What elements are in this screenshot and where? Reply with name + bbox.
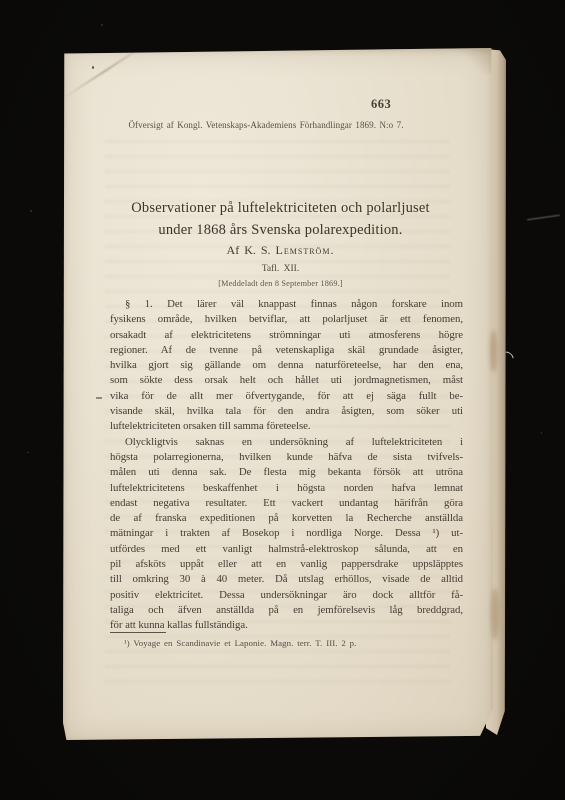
body-line: endast negativa resultater. Ett vackert … — [110, 496, 463, 511]
paper-page: 663 Öfversigt af Kongl. Vetenskaps-Akade… — [63, 48, 493, 740]
page-number: 663 — [371, 97, 405, 112]
body-line: visande skäl, hvilka tala för den andra … — [110, 404, 463, 419]
article-title-line-1: Observationer på luftelektriciteten och … — [103, 197, 458, 219]
body-line: positiv elektricitet. Dessa undersökning… — [110, 588, 463, 603]
author-name: Lemström. — [276, 243, 335, 257]
body-line: utfördes med ett vanligt halmstrå-elektr… — [110, 542, 463, 557]
body-line: luftelektricitetens beskaffenhet i högst… — [110, 481, 463, 496]
body-line: vika för de allt mer öfvertygande, för a… — [110, 389, 463, 404]
background-scratch — [527, 215, 560, 221]
body-line: § 1. Det lärer väl knappast finnas någon… — [110, 297, 463, 312]
article-title: Observationer på luftelektriciteten och … — [103, 197, 458, 241]
byline-prefix: Af K. S. — [227, 243, 276, 257]
dust-speck — [30, 210, 32, 212]
body-line: fysikens område, hvilken betviflar, att … — [110, 312, 463, 327]
body-line: Olyckligtvis saknas en undersökning af l… — [110, 435, 463, 450]
body-line: mätningar i trakten af Bosekop i nordlig… — [110, 526, 463, 541]
paper-crease — [63, 43, 148, 99]
body-line: pil afsköts uppåt eller att en vanlig pa… — [110, 557, 463, 572]
body-line: målen uti denna sak. De flesta mig bekan… — [110, 465, 463, 480]
body-line: som sökte dess orsak helt och hållet uti… — [110, 373, 463, 388]
body-line: hvilka gjort sig gällande om denna natur… — [110, 358, 463, 373]
body-line: högsta polarregionerna, hvilken kunde hä… — [110, 450, 463, 465]
body-line: de af franska expeditionen på korvetten … — [110, 511, 463, 526]
corner-fold-shadow — [459, 48, 493, 74]
dust-speck — [101, 24, 103, 26]
footnote: ¹) Voyage en Scandinavie et Laponie. Mag… — [124, 638, 454, 648]
running-header: Öfversigt af Kongl. Vetenskaps-Akademien… — [101, 120, 431, 130]
ink-speck — [92, 66, 94, 69]
dust-speck — [27, 452, 29, 453]
body-line: regioner. Af de tvenne på vetenskapliga … — [110, 343, 463, 358]
article-title-line-2: under 1868 års Svenska polarexpedition. — [103, 219, 458, 241]
body-line: till omkring 30 à 40 meter. Då utslag er… — [110, 572, 463, 587]
dust-speck — [541, 432, 542, 434]
body-text: § 1. Det lärer väl knappast finnas någon… — [110, 297, 463, 634]
body-line: orsakadt af elektricitetens strömningar … — [110, 328, 463, 343]
footnote-rule — [110, 632, 166, 633]
photo-background: 663 Öfversigt af Kongl. Vetenskaps-Akade… — [0, 0, 565, 800]
body-line: taliga och äfven anställda på en jemföre… — [110, 603, 463, 618]
edge-stain — [490, 330, 497, 372]
byline: Af K. S. Lemström. — [103, 243, 458, 258]
body-line: luftelektriciteten orsaken till samma fö… — [110, 419, 463, 434]
margin-mark — [96, 397, 102, 399]
plate-reference: Tafl. XII. — [103, 264, 458, 274]
edge-stain — [491, 588, 499, 640]
communicated-dateline: [Meddeladt den 8 September 1869.] — [103, 279, 458, 288]
